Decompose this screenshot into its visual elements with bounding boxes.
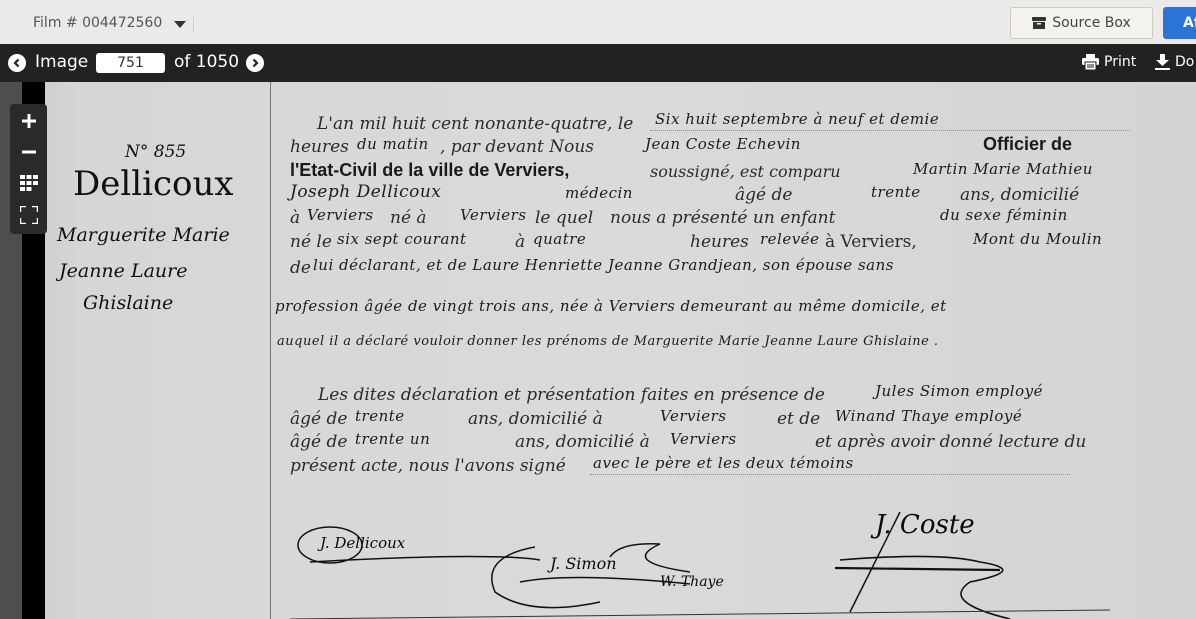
signature-witness-1: J. Simon [550, 554, 617, 573]
handwritten-text: profession âgée de vingt trois ans, née … [275, 297, 947, 315]
handwritten-text: lui déclarant, et de Laure Henriette Jea… [313, 256, 894, 274]
handwritten-text: Martin Marie Mathieu [913, 160, 1093, 178]
handwritten-text: Verviers [670, 430, 737, 448]
handwritten-text: relevée [760, 230, 819, 248]
printed-text: à Verviers, [825, 232, 917, 252]
signature-witness-2: W. Thaye [660, 574, 724, 590]
printed-text: né à [390, 208, 427, 228]
margin-surname: Dellicoux [73, 164, 234, 204]
printed-text: , par devant Nous [440, 137, 594, 157]
handwritten-text: du sexe féminin [940, 206, 1068, 224]
image-total: of 1050 [174, 52, 239, 72]
handwritten-text: avec le père et les deux témoins [593, 454, 854, 472]
signature-father: J. Dellicoux [320, 534, 405, 552]
chevron-down-icon [174, 21, 186, 28]
grid-icon [20, 175, 38, 191]
download-icon [1155, 54, 1170, 70]
zoom-out-button[interactable] [10, 137, 47, 167]
dotted-rule [650, 130, 1130, 131]
divider [193, 17, 194, 33]
handwritten-text: quatre [533, 230, 586, 248]
previous-image-button[interactable] [8, 54, 26, 72]
handwritten-text: Verviers [307, 206, 374, 224]
margin-given-1: Marguerite Marie [57, 224, 230, 246]
margin-given-3: Ghislaine [83, 292, 173, 314]
printed-text: né le [290, 232, 332, 252]
printed-text: Les dites déclaration et présentation fa… [318, 385, 825, 405]
printed-text: heures [690, 232, 749, 252]
printed-text: et après avoir donné lecture du [815, 432, 1086, 452]
handwritten-text: médecin [565, 184, 633, 202]
handwritten-text: du matin [357, 135, 429, 153]
handwritten-text: Jules Simon employé [875, 382, 1043, 400]
printed-text: à [515, 232, 525, 252]
printed-text: âgé de [290, 432, 347, 452]
printed-text: à [290, 208, 300, 228]
image-label: Image [35, 52, 88, 72]
handwritten-text: six sept courant [337, 230, 467, 248]
signature-flourishes [290, 502, 1190, 619]
chevron-right-icon [250, 58, 260, 68]
archive-box-icon [1032, 17, 1046, 29]
printed-text: et de [777, 409, 820, 429]
handwritten-text: trente [355, 407, 405, 425]
image-number-input[interactable] [96, 53, 165, 73]
handwritten-text: Six huit septembre à neuf et demie [655, 110, 939, 128]
printed-text: ans, domicilié à [515, 432, 650, 452]
zoom-out-icon [22, 145, 36, 159]
download-button[interactable]: Do [1155, 54, 1194, 70]
printed-text: L'an mil huit cent nonante-quatre, le [317, 114, 633, 134]
printed-text: ans, domicilié à [468, 409, 603, 429]
chevron-left-icon [12, 58, 22, 68]
zoom-in-button[interactable] [10, 106, 47, 136]
printed-text: le quel [535, 208, 593, 228]
handwritten-text: Jean Coste Echevin [645, 135, 801, 153]
handwritten-text: Joseph Dellicoux [290, 182, 441, 202]
next-image-button[interactable] [246, 54, 264, 72]
page-margin-line [270, 82, 271, 619]
printer-icon [1082, 54, 1099, 70]
printed-bold-text: l'Etat-Civil de la ville de Verviers, [290, 160, 569, 181]
fullscreen-icon [20, 206, 38, 224]
film-selector[interactable]: Film # 004472560 [33, 15, 186, 31]
attach-button[interactable]: At [1163, 7, 1196, 39]
signature-officer: J. Coste [875, 510, 975, 540]
printed-text: présent acte, nous l'avons signé [290, 456, 566, 476]
printed-text: soussigné, est comparu [650, 162, 841, 181]
handwritten-text: trente [871, 183, 921, 201]
handwritten-text: Verviers [660, 407, 727, 425]
dotted-rule [590, 474, 1070, 475]
print-button[interactable]: Print [1082, 54, 1136, 70]
printed-text: de [290, 258, 311, 278]
handwritten-text: Winand Thaye employé [835, 407, 1022, 425]
printed-text: nous a présenté un enfant [610, 208, 835, 228]
printed-text: ans, domicilié [960, 185, 1079, 205]
zoom-controls [10, 104, 47, 234]
film-number: Film # 004472560 [33, 15, 162, 31]
image-nav-bar: Image of 1050 Print Do [0, 44, 1196, 82]
handwritten-text: Mont du Moulin [973, 230, 1102, 248]
source-box-button[interactable]: Source Box [1010, 7, 1153, 39]
handwritten-text: Verviers [460, 206, 527, 224]
printed-text: âgé de [290, 409, 347, 429]
zoom-in-icon [22, 114, 36, 128]
record-image[interactable]: N° 855 Dellicoux Marguerite Marie Jeanne… [45, 82, 1196, 619]
image-viewer[interactable]: N° 855 Dellicoux Marguerite Marie Jeanne… [0, 82, 1196, 619]
handwritten-text: trente un [355, 430, 430, 448]
record-number: N° 855 [125, 142, 186, 162]
gallery-view-button[interactable] [10, 168, 47, 198]
printed-bold-text: Officier de [983, 134, 1072, 155]
margin-given-2: Jeanne Laure [59, 260, 187, 282]
top-bar: Film # 004472560 Source Box At [0, 0, 1196, 44]
printed-text: heures [290, 137, 349, 157]
printed-text: âgé de [735, 185, 792, 205]
handwritten-text: auquel il a déclaré vouloir donner les p… [277, 334, 939, 349]
fullscreen-button[interactable] [10, 200, 47, 230]
